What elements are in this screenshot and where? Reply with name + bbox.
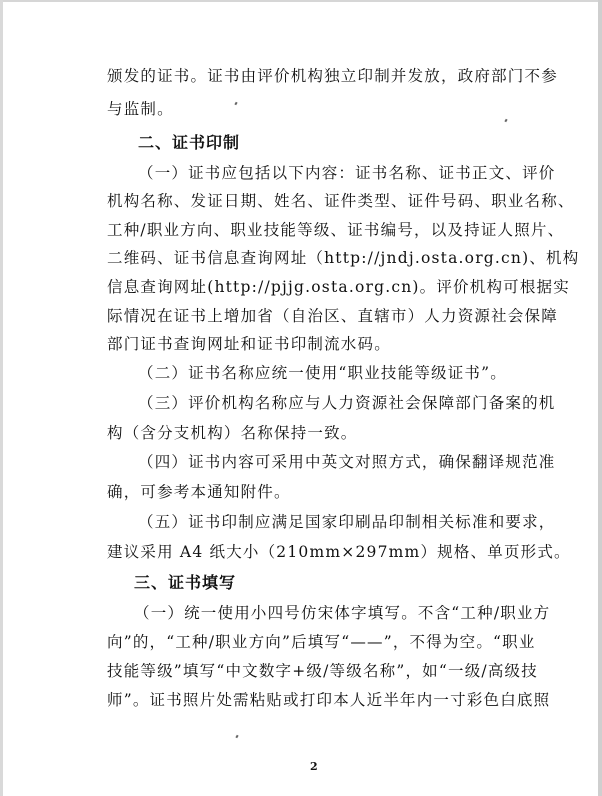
scan-speck xyxy=(504,119,507,123)
page-number: 2 xyxy=(310,760,318,773)
paragraph-line: 机构名称、发证日期、姓名、证件类型、证件号码、职业名称、 xyxy=(107,191,575,211)
paragraph-line: （五）证书印制应满足国家印刷品印制相关标准和要求， xyxy=(138,512,556,532)
paragraph-line: （三）评价机构名称应与人力资源社会保障部门备案的机 xyxy=(138,393,556,413)
section-heading-certificate-printing: 二、证书印制 xyxy=(138,133,240,153)
paragraph-line: 际情况在证书上增加省（自治区、直辖市）人力资源社会保障 xyxy=(107,306,558,326)
paragraph-line: （一）证书应包括以下内容：证书名称、证书正文、评价 xyxy=(138,163,556,183)
paragraph-line: 颁发的证书。证书由评价机构独立印制并发放，政府部门不参 xyxy=(107,66,558,86)
paragraph-line: 构（含分支机构）名称保持一致。 xyxy=(107,423,358,443)
page-edge-right xyxy=(598,0,602,796)
paragraph-line: 建议采用 A4 纸大小（210mm×297mm）规格、单页形式。 xyxy=(107,542,571,562)
paragraph-line: 二维码、证书信息查询网址（http://jndj.osta.org.cn)、机构 xyxy=(107,248,579,268)
paragraph-line: （四）证书内容可采用中英文对照方式，确保翻译规范准 xyxy=(138,452,556,472)
scan-speck xyxy=(234,102,237,106)
paragraph-line: 师”。证书照片处需粘贴或打印本人近半年内一寸彩色白底照 xyxy=(107,690,550,710)
paragraph-line: （二）证书名称应统一使用“职业技能等级证书”。 xyxy=(138,363,507,383)
paragraph-line: 工种/职业方向、职业技能等级、证书编号，以及持证人照片、 xyxy=(107,220,564,240)
paragraph-line: （一）统一使用小四号仿宋体字填写。不含“工种/职业方 xyxy=(134,603,550,623)
scan-speck xyxy=(235,735,238,739)
paragraph-line: 部门证书查询网址和证书印制流水码。 xyxy=(107,334,391,354)
paragraph-line: 确，可参考本通知附件。 xyxy=(107,482,291,502)
paragraph-line: 与监制。 xyxy=(107,99,174,119)
paragraph-line: 向”的，“工种/职业方向”后填写“——”，不得为空。“职业 xyxy=(107,632,536,652)
document-page: 颁发的证书。证书由评价机构独立印制并发放，政府部门不参 与监制。 二、证书印制 … xyxy=(3,2,598,796)
section-heading-certificate-filling: 三、证书填写 xyxy=(134,573,236,593)
paragraph-line: 技能等级”填写“中文数字+级/等级名称”，如“一级/高级技 xyxy=(107,661,538,681)
paragraph-line: 信息查询网址(http://pjjg.osta.org.cn)。评价机构可根据实 xyxy=(107,277,570,297)
